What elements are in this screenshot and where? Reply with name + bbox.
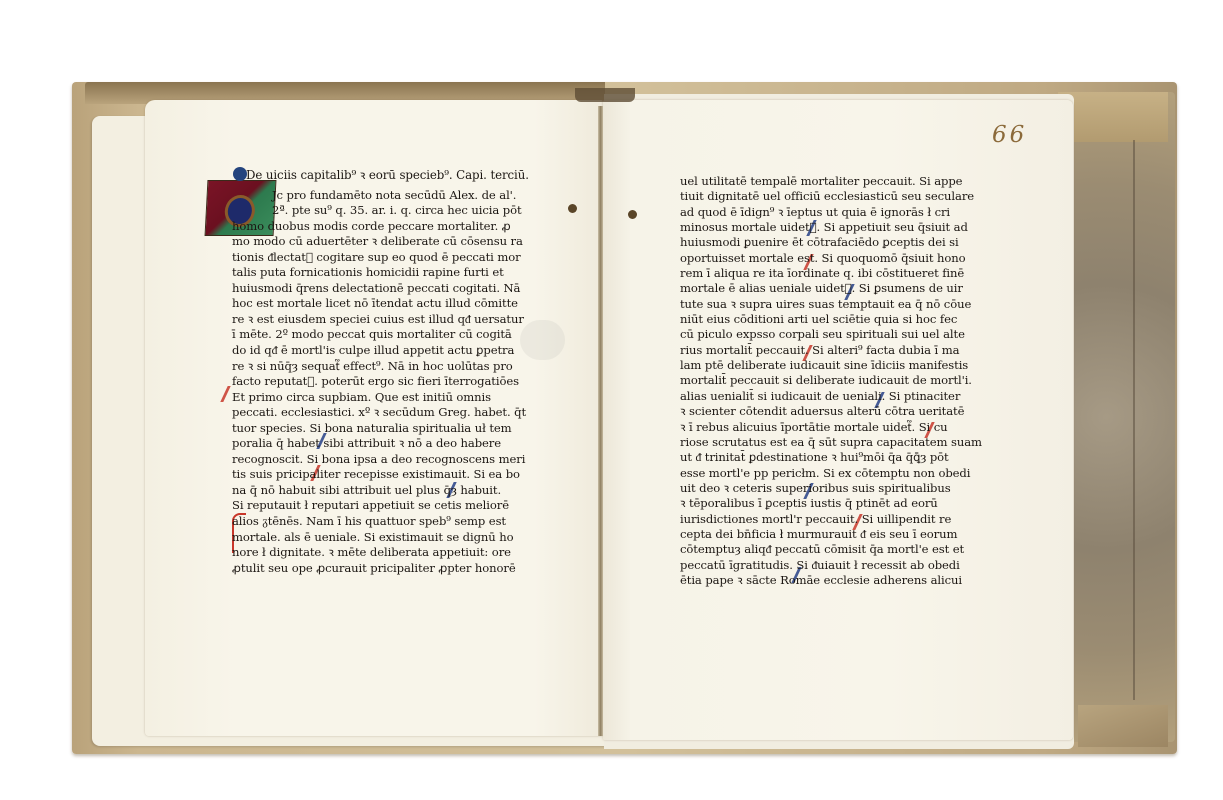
text-line: peccati. ecclesiastici. xº ꝛ secūdum Gre… [232, 405, 529, 421]
text-line: rius mortalit̄ peccauit. Si alteri⁹ fact… [680, 343, 982, 358]
binding-hole-left [568, 204, 577, 213]
text-line: re ꝛ si nūq̄ȝ sequat᷑ effect⁹. Nā in hoc… [232, 359, 529, 375]
text-line: ētia pape ꝛ sācte Romāe ecclesie adheren… [680, 573, 982, 588]
text-line: na q̄ nō habuit sibi attribuit uel plus … [232, 483, 529, 499]
gutter [598, 106, 603, 736]
text-line: 2ª. pte su⁹ q. 35. ar. i. q. circa hec u… [232, 203, 529, 219]
text-line: esse mortl'e pp pericłm. Si ex cōtemptu … [680, 466, 982, 481]
text-line: homo duobus modis corde peccare mortalit… [232, 219, 529, 235]
text-line: ī mēte. 2º modo peccat quis mortaliter c… [232, 327, 529, 343]
text-line: ad quod ē īdign⁹ ꝛ īeptus ut quia ē igno… [680, 205, 982, 220]
right-page-text: uel utilitatē tempalē mortaliter peccaui… [680, 174, 982, 588]
text-line: huiusmodi ꝑuenire ēt cōtrafaciēdo ꝑcepti… [680, 235, 982, 250]
text-line: mortale ē alias ueniale uidet᷑. Si ꝑsume… [680, 281, 982, 296]
text-line: lam ptē deliberate iudicauit sine īdicii… [680, 358, 982, 373]
cover-right-board [1060, 92, 1175, 742]
text-line: Si reputauit ł reputari appetiuit se cet… [232, 498, 529, 514]
text-line: rem ī aliqua re ita īordinate q. ibi cōs… [680, 266, 982, 281]
text-line: tute sua ꝛ supra uires suas temptauit ea… [680, 297, 982, 312]
text-line: mo modo cū aduertēter ꝛ deliberate cū cō… [232, 234, 529, 250]
text-line: ꝛ ī rebus alicuius īportātie mortale uid… [680, 420, 982, 435]
text-line: mortalit̄ peccauit si deliberate iudicau… [680, 373, 982, 388]
cover-right-bottom-corner [1078, 705, 1168, 747]
text-line: re ꝛ est eiusdem speciei cuius est illud… [232, 312, 529, 328]
text-line: riose scrutatus est ea q̄ sūt supra capa… [680, 435, 982, 450]
text-line: tuor species. Si bona naturalia spiritua… [232, 421, 529, 437]
text-line: alias uenialit̄ si iudicauit de ueniali.… [680, 389, 982, 404]
text-line: talis puta fornicationis homicidii rapin… [232, 265, 529, 281]
text-line: alios ᵹtēnēs. Nam ī his quattuor speb⁹ s… [232, 514, 529, 530]
text-line: peccatū īgratitudis. Si ᵭuiauit ł recess… [680, 558, 982, 573]
text-line: tis suis pricipaliter recepisse existima… [232, 467, 529, 483]
text-line: iurisdictiones mortl'r peccauit. Si uill… [680, 512, 982, 527]
text-line: Jc pro fundamēto nota secūdū Alex. de al… [232, 188, 529, 204]
text-line: tiuit dignitatē uel officiū ecclesiastic… [680, 189, 982, 204]
spine-gap [575, 88, 635, 102]
text-line: Et primo circa supbiam. Que est initiū o… [232, 390, 529, 406]
text-line: recognoscit. Si bona ipsa a deo recognos… [232, 452, 529, 468]
text-line: hoc est mortale licet nō ītendat actu il… [232, 296, 529, 312]
text-line: do id qᵭ ē mortl'is culpe illud appetit … [232, 343, 529, 359]
text-line: oportuisset mortale est. Si quoquomō q̄s… [680, 251, 982, 266]
text-line: uel utilitatē tempalē mortaliter peccaui… [680, 174, 982, 189]
cover-right-flap [1058, 92, 1168, 142]
text-line: facto reputat᷑. poterūt ergo sic fieri ī… [232, 374, 529, 390]
text-line: ꝛ scienter cōtendit aduersus alterū cōtr… [680, 404, 982, 419]
text-line: niūt eius cōditioni arti uel sciētie qui… [680, 312, 982, 327]
text-line: cōtemptuȝ aliqᵭ peccatū cōmisit q̄a mort… [680, 542, 982, 557]
text-line: nore ł dignitate. ꝛ mēte deliberata appe… [232, 545, 529, 561]
text-line: tionis ᵭlectat᷑ cogitare sup eo quod ē p… [232, 250, 529, 266]
text-line: cepta dei bn̄ficia ł murmurauit ᵭ eis se… [680, 527, 982, 542]
text-line: cū piculo expsso corpali seu spirituali … [680, 327, 982, 342]
left-page-text: De uiciis capitalib⁹ ꝛ eorū specieb⁹. Ca… [232, 168, 529, 576]
text-line: mortale. als ē ueniale. Si existimauit s… [232, 530, 529, 546]
cover-crack [1133, 140, 1135, 700]
chapter-heading: De uiciis capitalib⁹ ꝛ eorū specieb⁹. Ca… [232, 168, 529, 184]
text-line: poralia q̄ habet sibi attribuit ꝛ nō a d… [232, 436, 529, 452]
text-line: minosus mortale uidet᷑. Si appetiuit seu… [680, 220, 982, 235]
text-line: huiusmodi q̄rens delectationē peccati co… [232, 281, 529, 297]
binding-hole-right [628, 210, 637, 219]
text-line: ꝓtulit seu ope ꝓcurauit pricipaliter ꝓpt… [232, 561, 529, 577]
folio-number: 66 [992, 122, 1027, 148]
text-line: ꝛ tēporalibus ī ꝑceptis iustis q̄ ptinēt… [680, 496, 982, 511]
text-line: ut ᵭ trinitat̄ ꝑdestinatione ꝛ hui⁹mōi q… [680, 450, 982, 465]
text-line: uit deo ꝛ ceteris superioribus suis spir… [680, 481, 982, 496]
